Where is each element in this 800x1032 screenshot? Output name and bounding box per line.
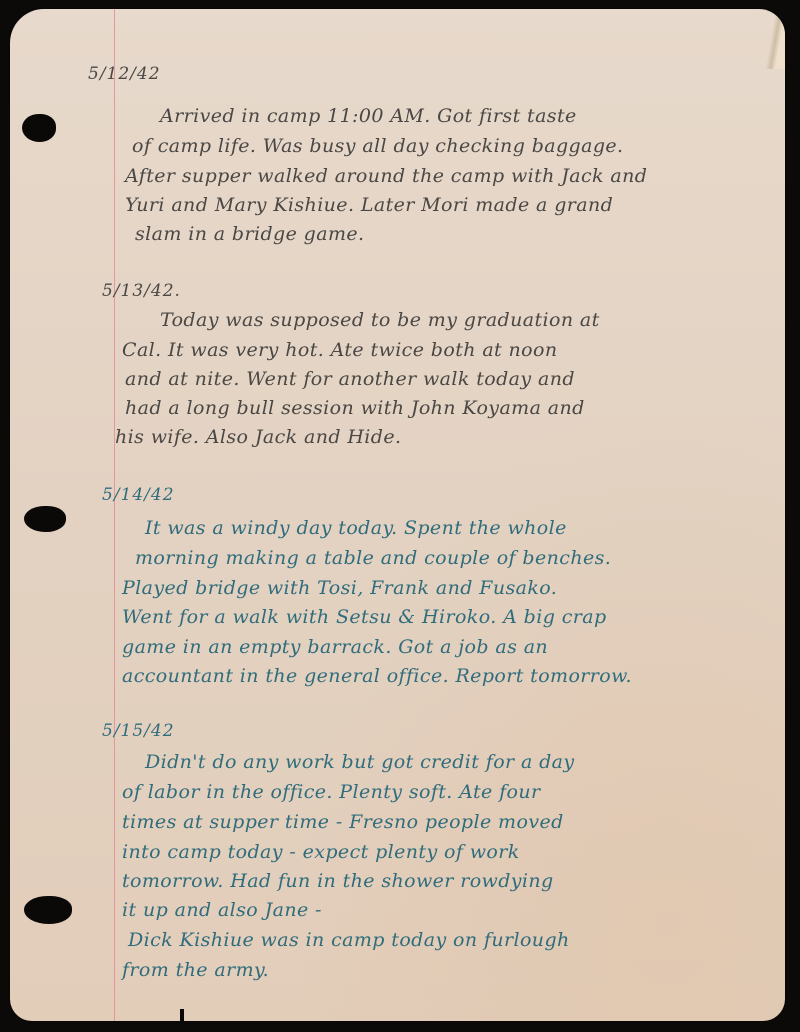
margin-line (114, 9, 115, 1021)
entry-line: of labor in the office. Plenty soft. Ate… (122, 781, 540, 803)
entry-date: 5/14/42 (102, 485, 175, 505)
entry-line: morning making a table and couple of ben… (135, 547, 611, 569)
entry-line: it up and also Jane - (122, 899, 322, 921)
entry-line: times at supper time - Fresno people mov… (122, 811, 564, 833)
entry-line: Didn't do any work but got credit for a … (145, 751, 575, 773)
entry-line: After supper walked around the camp with… (125, 165, 647, 187)
entry-line: from the army. (122, 959, 269, 981)
paper-nick (180, 1009, 184, 1021)
entry-date: 5/12/42 (88, 64, 161, 84)
entry-line: Went for a walk with Setsu & Hiroko. A b… (122, 606, 607, 628)
punch-hole-bottom (24, 896, 72, 924)
entry-line: into camp today - expect plenty of work (122, 841, 520, 863)
entry-line: Today was supposed to be my graduation a… (160, 309, 600, 331)
entry-line: game in an empty barrack. Got a job as a… (122, 636, 548, 658)
entry-line: accountant in the general office. Report… (122, 665, 632, 687)
entry-date: 5/13/42. (102, 281, 181, 301)
punch-hole-top (22, 114, 56, 142)
entry-line: It was a windy day today. Spent the whol… (145, 517, 567, 539)
entry-line: Cal. It was very hot. Ate twice both at … (122, 339, 557, 361)
entry-line: Yuri and Mary Kishiue. Later Mori made a… (125, 194, 613, 216)
entry-line: and at nite. Went for another walk today… (125, 368, 575, 390)
entry-line: his wife. Also Jack and Hide. (115, 426, 401, 448)
entry-line: tomorrow. Had fun in the shower rowdying (122, 870, 554, 892)
entry-line: Played bridge with Tosi, Frank and Fusak… (122, 577, 557, 599)
entry-line: Arrived in camp 11:00 AM. Got first tast… (160, 105, 577, 127)
entry-line: slam in a bridge game. (135, 223, 364, 245)
punch-hole-middle (24, 506, 66, 532)
entry-date: 5/15/42 (102, 721, 175, 741)
entry-line: of camp life. Was busy all day checking … (132, 135, 624, 157)
notebook-page: 5/12/42 Arrived in camp 11:00 AM. Got fi… (10, 9, 785, 1021)
entry-line: Dick Kishiue was in camp today on furlou… (128, 929, 570, 951)
entry-line: had a long bull session with John Koyama… (125, 397, 585, 419)
